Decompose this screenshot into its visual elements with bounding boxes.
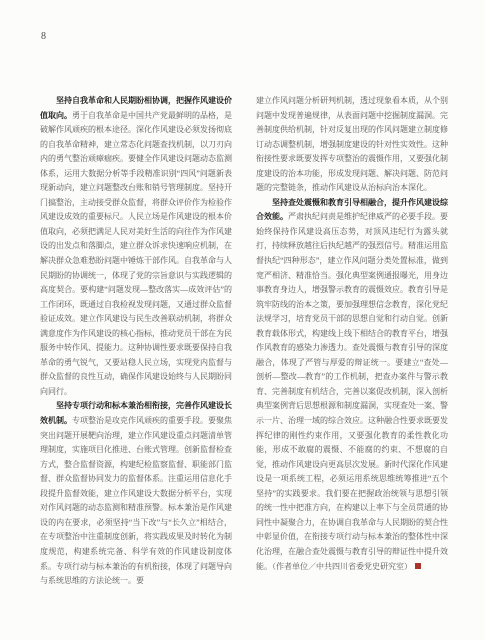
- article-end-mark-icon: [415, 563, 421, 569]
- paragraph-body: 勇于自我革命是中国共产党最鲜明的品格，是破解作风顽疾的根本途径。深化作风建设必须…: [40, 111, 232, 396]
- magazine-page: 8 坚持自我革命和人民期盼相协调，把握作风建设价值取向。勇于自我革命是中国共产党…: [0, 0, 485, 640]
- page-number: 8: [41, 31, 46, 42]
- left-column: 坚持自我革命和人民期盼相协调，把握作风建设价值取向。勇于自我革命是中国共产党最鲜…: [40, 94, 232, 589]
- paragraph-body: 建立作风问题分析研判机制，透过现象看本质，从个别问题中发现普遍规律，从表面问题中…: [256, 96, 448, 192]
- paragraph-body: 严肃执纪问责是维护纪律威严的必要手段。要始终保持作风建设高压态势，对顶风违纪行为…: [256, 212, 448, 570]
- paragraph-discipline-education: 坚持查处震慑和教育引导相融合，提升作风建设综合效能。严肃执纪问责是维护纪律威严的…: [256, 196, 448, 574]
- paragraph-body: 专项整治是攻克作风顽疾的重要手段。要聚焦突出问题开展靶向治理，建立作风建设重点问…: [40, 416, 232, 585]
- paragraph-self-revolution: 坚持自我革命和人民期盼相协调，把握作风建设价值取向。勇于自我革命是中国共产党最鲜…: [40, 94, 232, 399]
- paragraph-continuation: 建立作风问题分析研判机制，透过现象看本质，从个别问题中发现普遍规律，从表面问题中…: [256, 94, 448, 196]
- paragraph-special-action: 坚持专项行动和标本兼治相衔接，完善作风建设长效机制。专项整治是攻克作风顽疾的重要…: [40, 399, 232, 588]
- right-column: 建立作风问题分析研判机制，透过现象看本质，从个别问题中发现普遍规律，从表面问题中…: [256, 94, 448, 589]
- article-body: 坚持自我革命和人民期盼相协调，把握作风建设价值取向。勇于自我革命是中国共产党最鲜…: [40, 94, 448, 589]
